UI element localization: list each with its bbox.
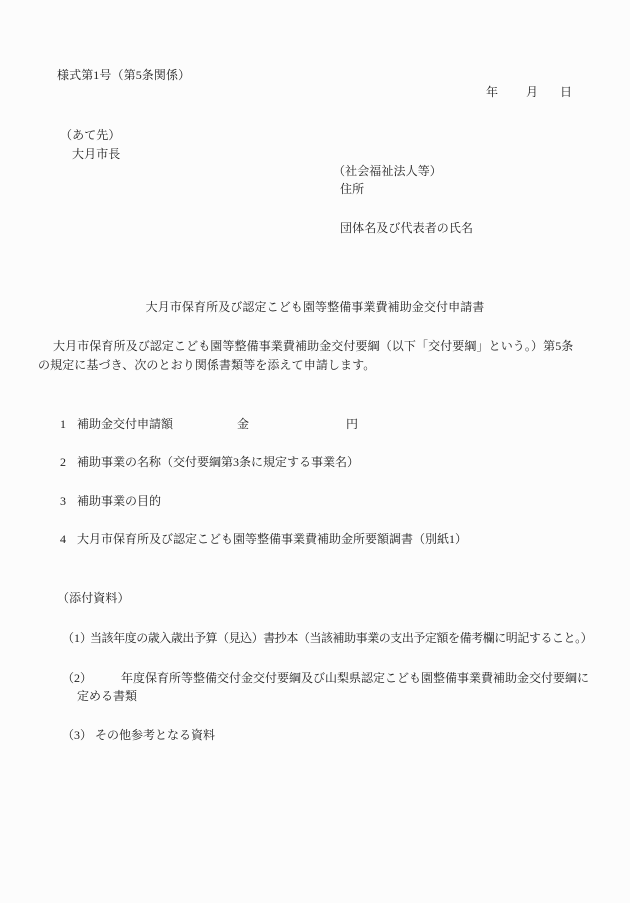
- attachment-3-marker: （3）: [62, 727, 92, 743]
- attachment-2-text: 年度保育所等整備交付金交付要綱及び山梨県認定こども園整備事業費補助金交付要綱に: [121, 670, 589, 686]
- item-4-number: 4: [60, 531, 66, 547]
- item-3-label: 補助事業の目的: [77, 493, 161, 509]
- attachment-1-text: 当該年度の歳入歳出予算（見込）書抄本（当該補助事業の支出予定額を備考欄に明記する…: [90, 630, 592, 646]
- date-month-label: 月: [526, 84, 538, 100]
- attachment-2-marker: （2）: [62, 670, 92, 686]
- org-type-label: （社会福祉法人等）: [333, 163, 442, 179]
- item-2-label: 補助事業の名称（交付要綱第3条に規定する事業名）: [77, 454, 359, 470]
- attachment-1-marker: （1）: [62, 630, 92, 646]
- date-day-label: 日: [560, 84, 572, 100]
- attachment-3-text: その他参考となる資料: [95, 727, 215, 743]
- item-3-number: 3: [60, 493, 66, 509]
- amount-suffix-label: 円: [346, 416, 358, 432]
- item-4-label: 大月市保育所及び認定こども園等整備事業費補助金所要額調書（別紙1）: [77, 531, 467, 547]
- date-year-label: 年: [486, 84, 498, 100]
- amount-prefix-label: 金: [237, 416, 249, 432]
- address-label: 住所: [340, 181, 364, 197]
- item-2-number: 2: [60, 454, 66, 470]
- addressee-name: 大月市長: [72, 146, 120, 162]
- body-line-2: の規定に基づき、次のとおり関係書類等を添えて申請します。: [38, 357, 375, 373]
- item-1-label: 補助金交付申請額: [77, 416, 173, 432]
- addressee-label: （あて先）: [60, 127, 121, 143]
- document-page: 様式第1号（第5条関係） 年 月 日 （あて先） 大月市長 （社会福祉法人等） …: [0, 0, 630, 903]
- org-name-label: 団体名及び代表者の氏名: [340, 220, 473, 236]
- item-1-number: 1: [60, 416, 66, 432]
- document-title: 大月市保育所及び認定こども園等整備事業費補助金交付申請書: [0, 299, 630, 315]
- body-line-1: 大月市保育所及び認定こども園等整備事業費補助金交付要綱（以下「交付要綱」という。…: [53, 338, 573, 354]
- attachments-header: （添付資料）: [57, 590, 130, 606]
- attachment-2-text-line2: 定める書類: [77, 688, 137, 704]
- form-number: 様式第1号（第5条関係）: [57, 67, 190, 83]
